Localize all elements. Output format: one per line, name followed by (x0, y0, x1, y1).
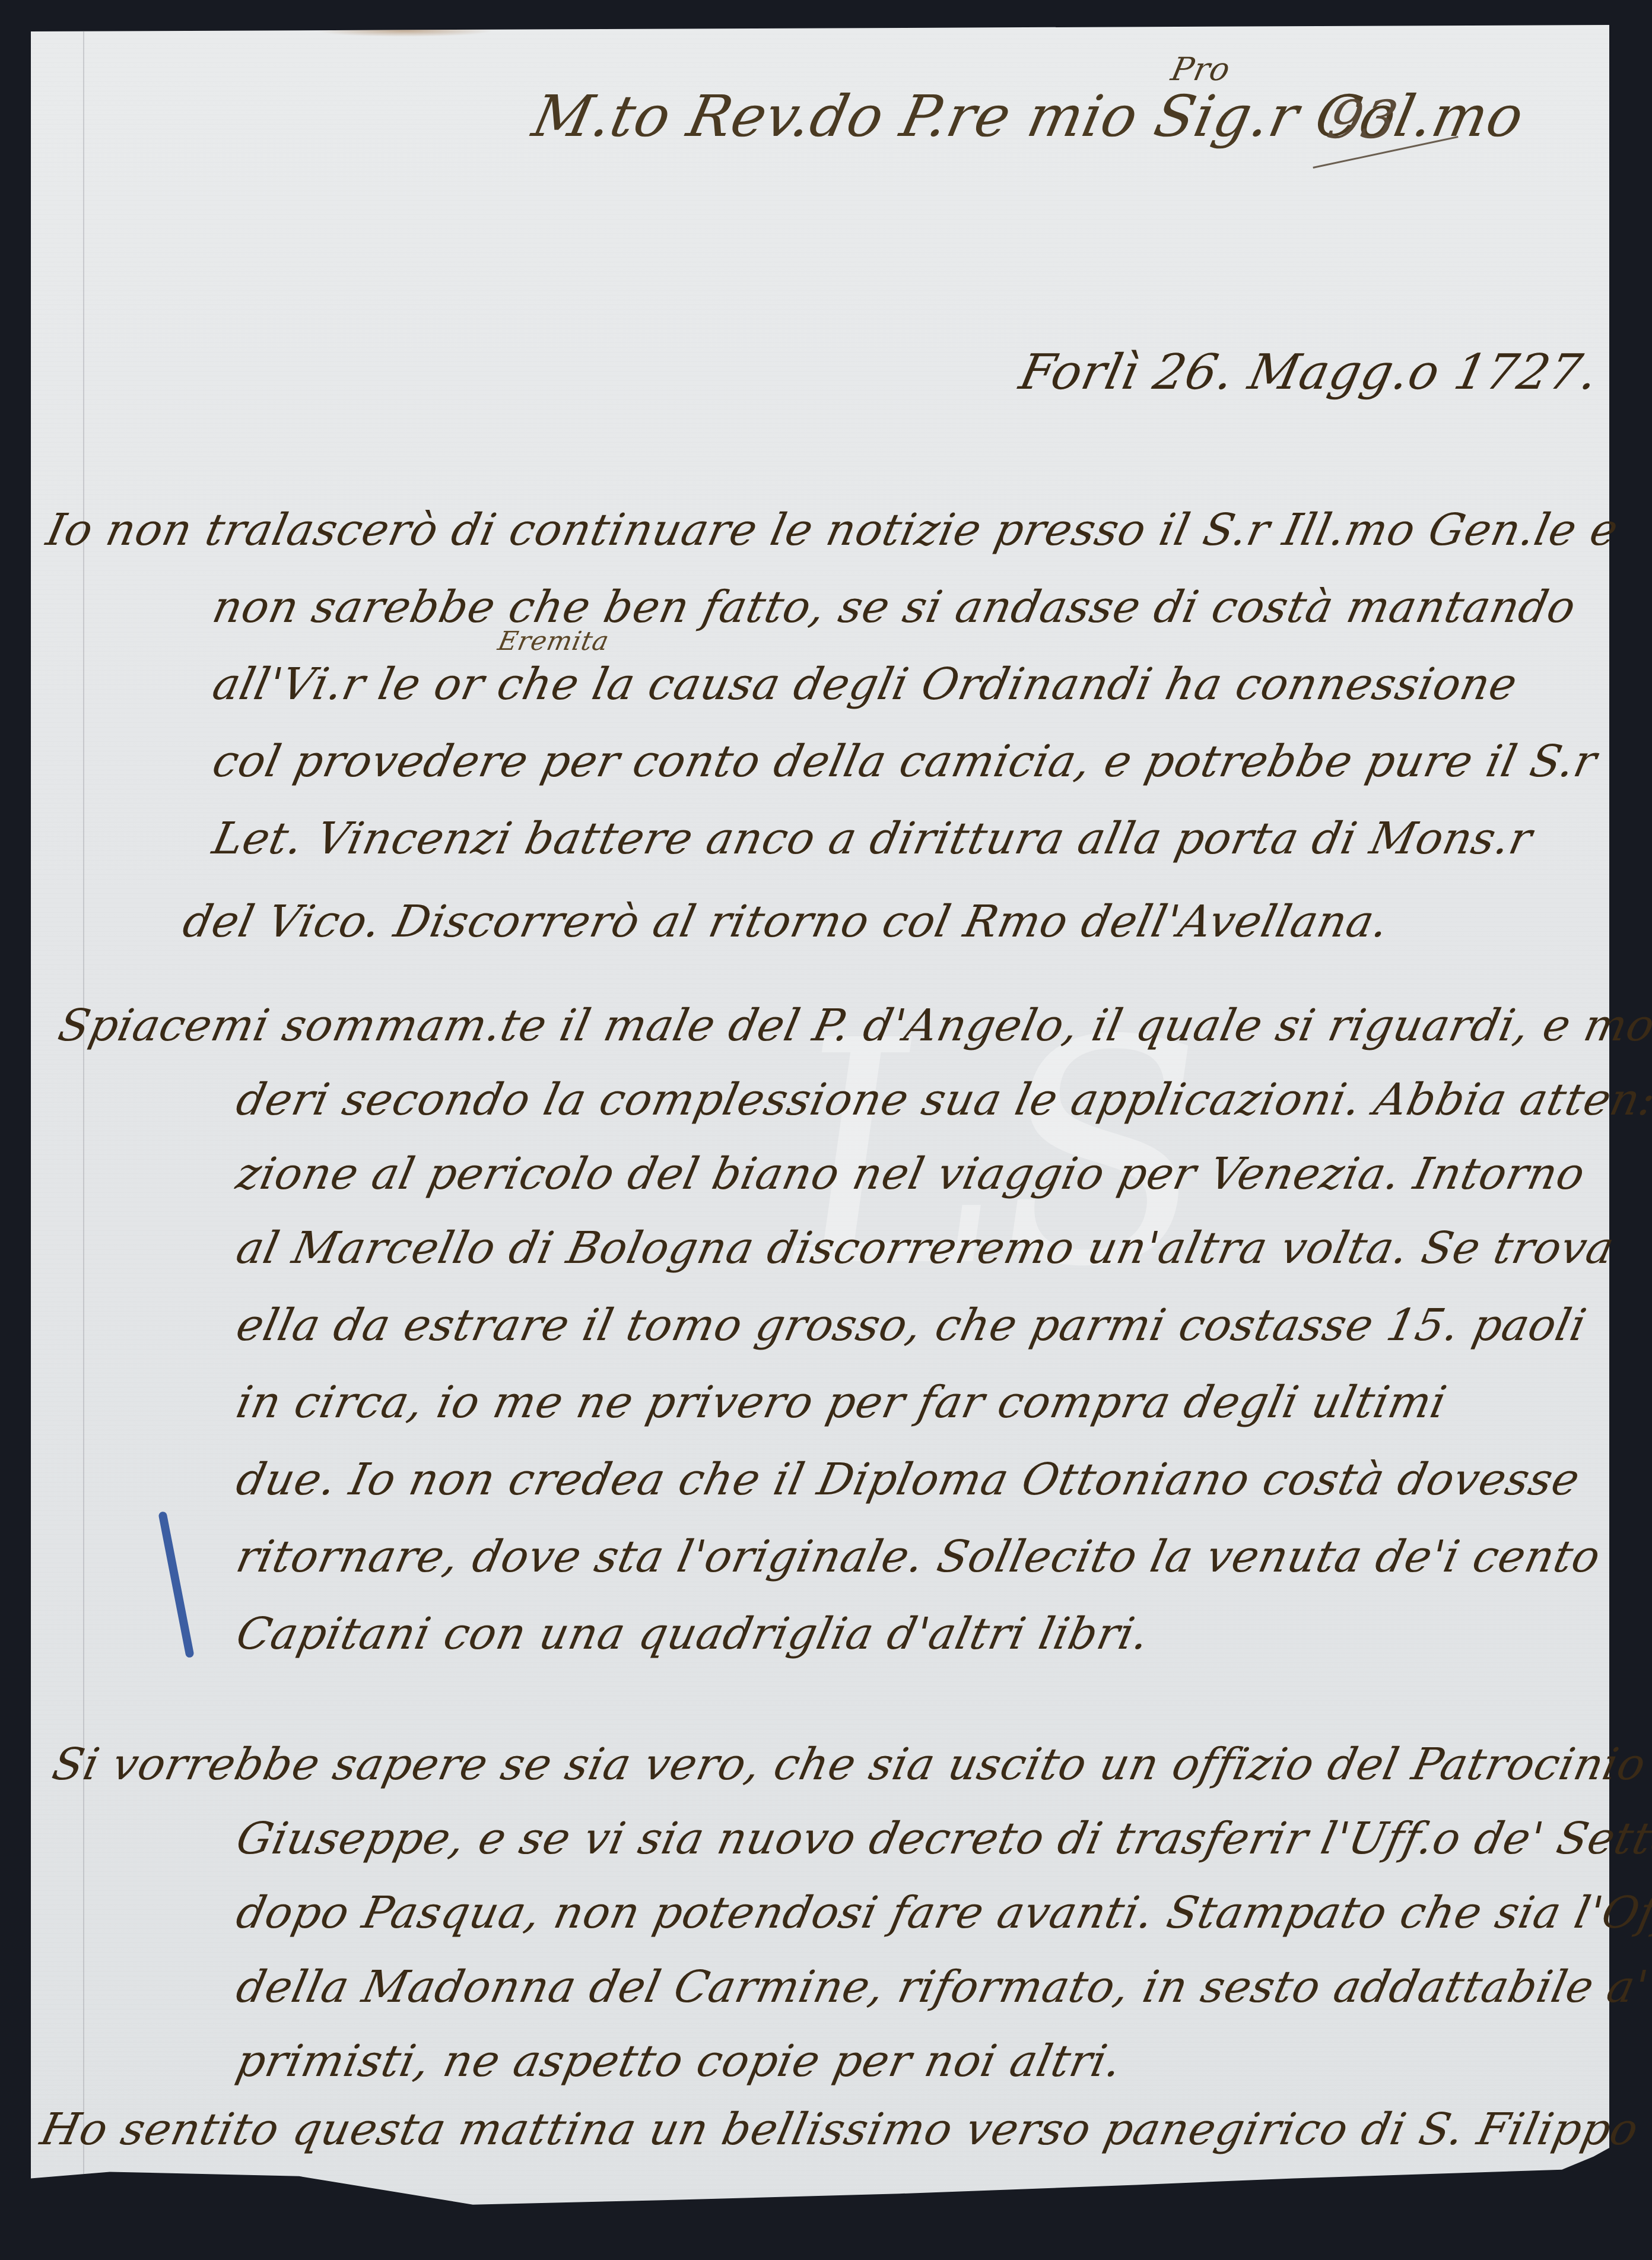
body-line: due. Io non credea che il Diploma Ottoni… (232, 1454, 1584, 1505)
body-line: dopo Pasqua, non potendosi fare avanti. … (232, 1887, 1652, 1938)
body-line: Ho sentito questa mattina un bellissimo … (36, 2104, 1643, 2155)
body-line: col provedere per conto della camicia, e… (208, 736, 1602, 787)
body-line: Capitani con una quadriglia d'altri libr… (232, 1608, 1154, 1659)
body-line: deri secondo la complessione sua le appl… (232, 1074, 1652, 1125)
body-line: Spiacemi sommam.te il male del P. d'Ange… (54, 1000, 1652, 1051)
body-line: ritornare, dove sta l'originale. Solleci… (232, 1531, 1605, 1582)
body-line: del Vico. Discorrerò al ritorno col Rmo … (179, 896, 1394, 947)
body-line: all'Vi.r le or che la causa degli Ordina… (208, 659, 1522, 710)
body-line: ella da estrare il tomo grosso, che parm… (232, 1300, 1591, 1351)
body-line: Let. Vincenzi battere anco a dirittura a… (208, 813, 1537, 864)
body-line: primisti, ne aspetto copie per noi altri… (232, 2036, 1127, 2087)
body-line: al Marcello di Bologna discorreremo un'a… (232, 1223, 1619, 1274)
body-line: Si vorrebbe sapere se sia vero, che sia … (48, 1739, 1652, 1790)
fold-line (83, 25, 84, 2209)
body-line: Giuseppe, e se vi sia nuovo decreto di t… (232, 1813, 1652, 1864)
body-line: non sarebbe che ben fatto, se si andasse… (208, 582, 1581, 633)
dateline: Forlì 26. Magg.o 1727. (1015, 344, 1603, 401)
body-line: in circa, io me ne privero per far compr… (232, 1377, 1451, 1428)
body-line: Io non tralascerò di continuare le notiz… (42, 504, 1623, 556)
salutation-superscript: Pro (1168, 50, 1234, 88)
body-line: della Madonna del Carmine, riformato, in… (232, 1961, 1652, 2013)
body-line: zione al pericolo del biano nel viaggio … (232, 1148, 1590, 1199)
folio-number: 93 (1323, 89, 1403, 150)
